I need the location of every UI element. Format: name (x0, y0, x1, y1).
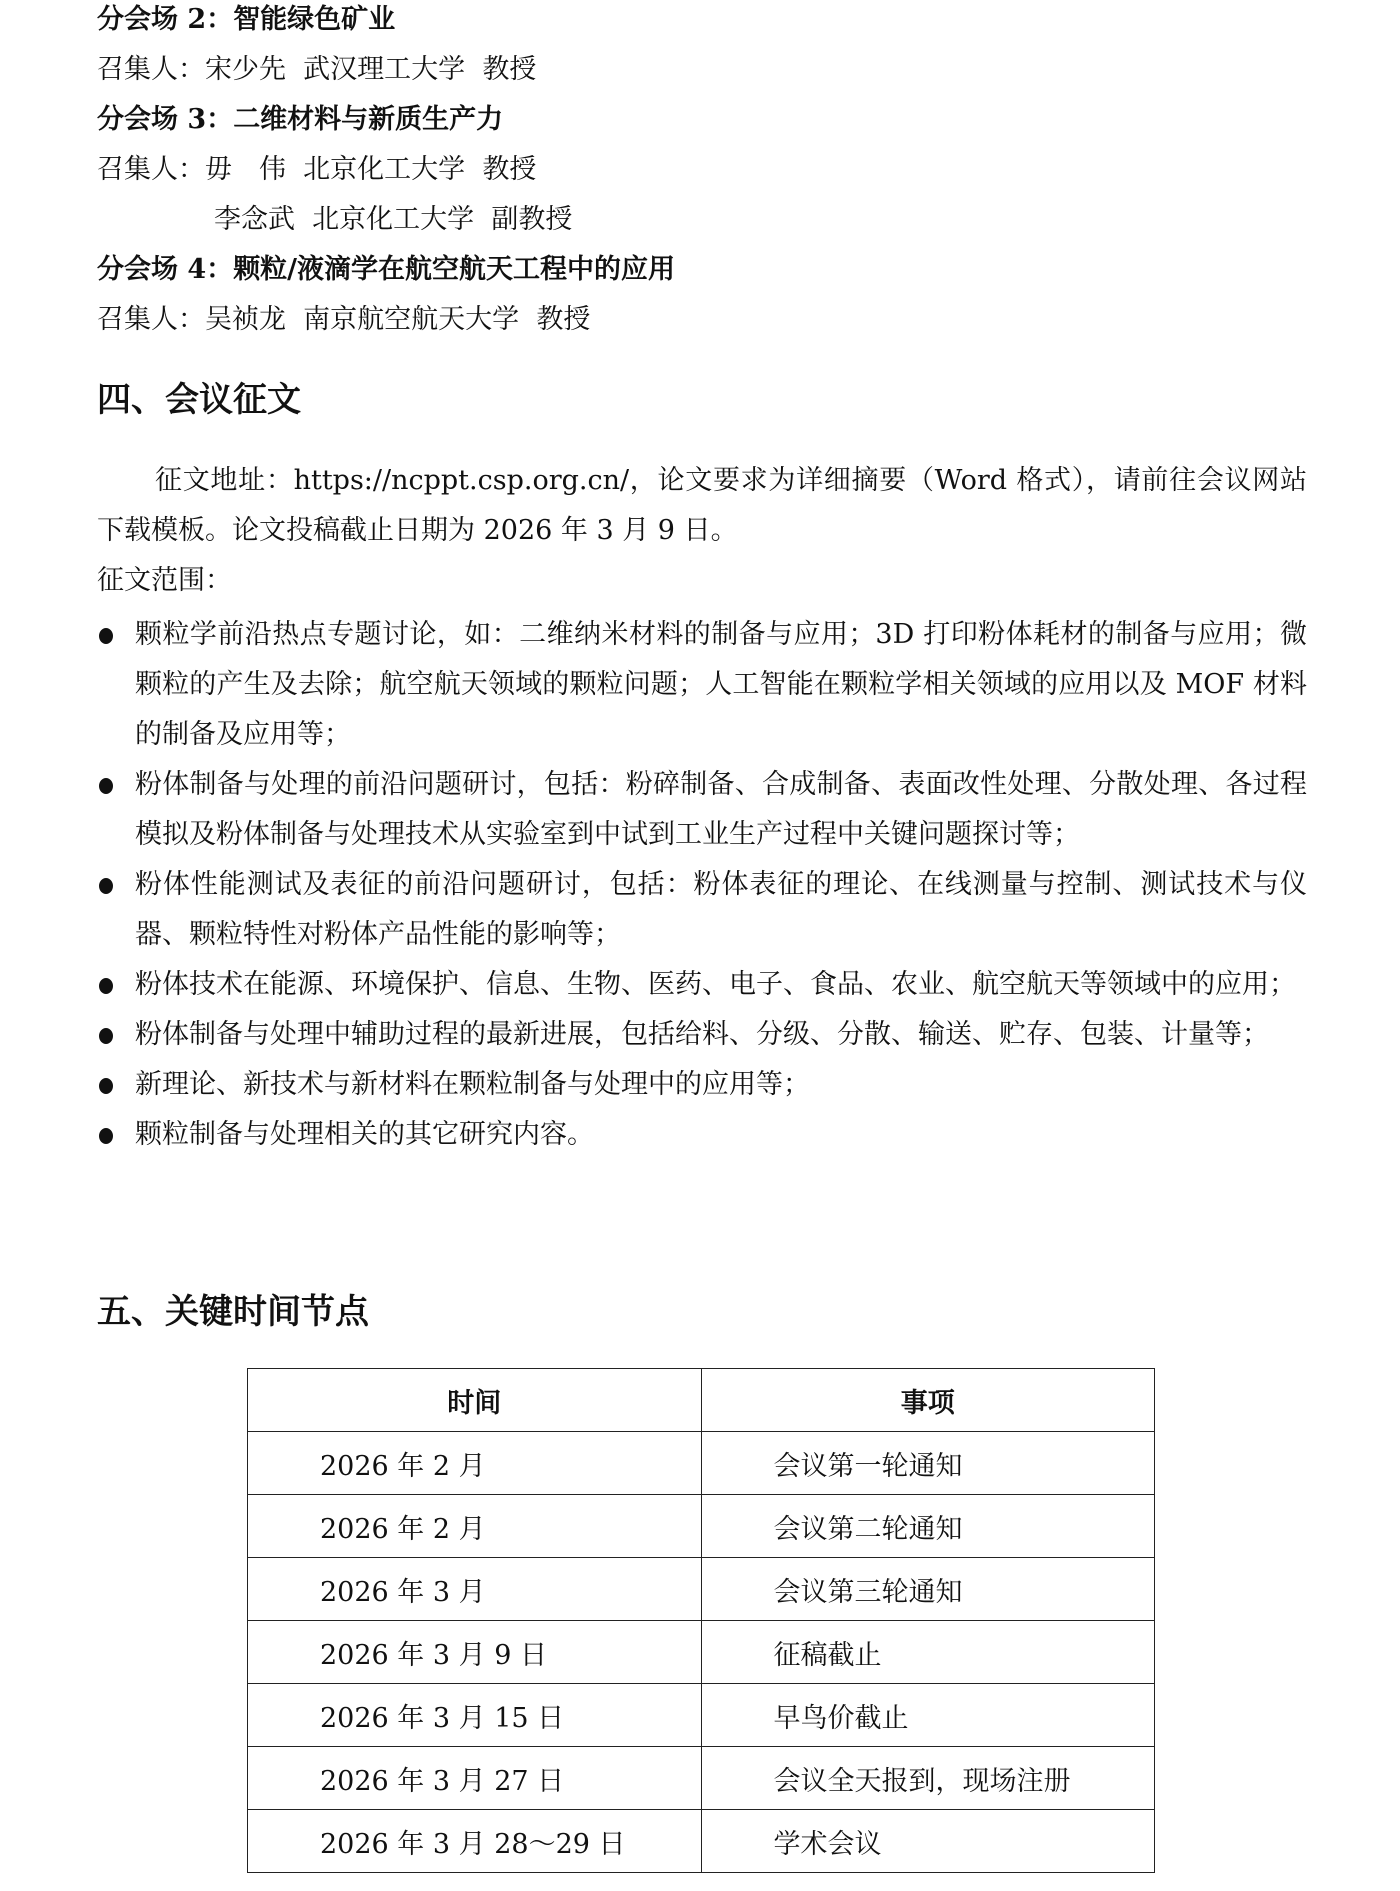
convener-label: 召集人： (97, 304, 205, 335)
session-label: 分会场 2： (97, 4, 233, 35)
topic-text: 粉体制备与处理的前沿问题研讨，包括：粉碎制备、合成制备、表面改性处理、分散处理、… (135, 769, 1307, 850)
list-item: 新理论、新技术与新材料在颗粒制备与处理中的应用等； (97, 1060, 1307, 1110)
section-heading-call-for-papers: 四、会议征文 (97, 378, 301, 422)
session-name: 智能绿色矿业 (233, 4, 395, 35)
convener-name: 李念武 北京化工大学 副教授 (214, 204, 572, 235)
topic-text: 颗粒学前沿热点专题讨论，如：二维纳米材料的制备与应用；3D 打印粉体耗材的制备与… (135, 619, 1307, 750)
cell-item: 早鸟价截止 (701, 1684, 1155, 1747)
table-row: 2026 年 3 月 9 日 征稿截止 (248, 1621, 1155, 1684)
bullet-icon (99, 878, 113, 894)
convener-name: 毋 伟 北京化工大学 教授 (205, 154, 536, 185)
convener-label: 召集人： (97, 154, 205, 185)
topic-text: 新理论、新技术与新材料在颗粒制备与处理中的应用等； (135, 1069, 810, 1100)
list-item: 颗粒学前沿热点专题讨论，如：二维纳米材料的制备与应用；3D 打印粉体耗材的制备与… (97, 610, 1307, 760)
convener-label: 召集人： (97, 54, 205, 85)
topic-text: 粉体技术在能源、环境保护、信息、生物、医药、电子、食品、农业、航空航天等领域中的… (135, 969, 1296, 1000)
session-3-title: 分会场 3：二维材料与新质生产力 (97, 100, 503, 140)
cell-time: 2026 年 3 月 28～29 日 (248, 1810, 702, 1873)
list-item: 粉体性能测试及表征的前沿问题研讨，包括：粉体表征的理论、在线测量与控制、测试技术… (97, 860, 1307, 960)
column-header-item: 事项 (701, 1369, 1155, 1432)
cell-item: 会议第一轮通知 (701, 1432, 1155, 1495)
cell-time: 2026 年 3 月 27 日 (248, 1747, 702, 1810)
session-label: 分会场 4： (97, 254, 233, 285)
session-3-convener: 召集人：毋 伟 北京化工大学 教授 (97, 150, 536, 190)
topic-list: 颗粒学前沿热点专题讨论，如：二维纳米材料的制备与应用；3D 打印粉体耗材的制备与… (97, 610, 1307, 1160)
table-row: 2026 年 3 月 28～29 日 学术会议 (248, 1810, 1155, 1873)
convener-name: 宋少先 武汉理工大学 教授 (205, 54, 536, 85)
convener-name: 吴祯龙 南京航空航天大学 教授 (205, 304, 590, 335)
table-row: 2026 年 3 月 15 日 早鸟价截止 (248, 1684, 1155, 1747)
cell-time: 2026 年 3 月 15 日 (248, 1684, 702, 1747)
session-name: 颗粒/液滴学在航空航天工程中的应用 (233, 254, 675, 285)
list-item: 颗粒制备与处理相关的其它研究内容。 (97, 1110, 1307, 1160)
table-header-row: 时间 事项 (248, 1369, 1155, 1432)
session-4-convener: 召集人：吴祯龙 南京航空航天大学 教授 (97, 300, 590, 340)
cell-time: 2026 年 3 月 (248, 1558, 702, 1621)
table-row: 2026 年 2 月 会议第二轮通知 (248, 1495, 1155, 1558)
list-item: 粉体制备与处理中辅助过程的最新进展，包括给料、分级、分散、输送、贮存、包装、计量… (97, 1010, 1307, 1060)
bullet-icon (99, 1078, 113, 1094)
topic-text: 粉体性能测试及表征的前沿问题研讨，包括：粉体表征的理论、在线测量与控制、测试技术… (135, 869, 1307, 950)
cell-item: 学术会议 (701, 1810, 1155, 1873)
cell-time: 2026 年 3 月 9 日 (248, 1621, 702, 1684)
cell-time: 2026 年 2 月 (248, 1432, 702, 1495)
bullet-icon (99, 1128, 113, 1144)
table-row: 2026 年 3 月 会议第三轮通知 (248, 1558, 1155, 1621)
topic-text: 颗粒制备与处理相关的其它研究内容。 (135, 1119, 594, 1150)
session-2-title: 分会场 2：智能绿色矿业 (97, 0, 395, 40)
section-heading-timeline: 五、关键时间节点 (97, 1290, 369, 1334)
session-label: 分会场 3： (97, 104, 233, 135)
list-item: 粉体制备与处理的前沿问题研讨，包括：粉碎制备、合成制备、表面改性处理、分散处理、… (97, 760, 1307, 860)
list-item: 粉体技术在能源、环境保护、信息、生物、医药、电子、食品、农业、航空航天等领域中的… (97, 960, 1307, 1010)
session-4-title: 分会场 4：颗粒/液滴学在航空航天工程中的应用 (97, 250, 675, 290)
session-3-convener-2: 李念武 北京化工大学 副教授 (214, 200, 572, 240)
bullet-icon (99, 628, 113, 644)
cell-item: 征稿截止 (701, 1621, 1155, 1684)
column-header-time: 时间 (248, 1369, 702, 1432)
topic-text: 粉体制备与处理中辅助过程的最新进展，包括给料、分级、分散、输送、贮存、包装、计量… (135, 1019, 1269, 1050)
call-for-papers-intro: 征文地址：https://ncppt.csp.org.cn/，论文要求为详细摘要… (97, 456, 1307, 556)
bullet-icon (99, 1028, 113, 1044)
table-row: 2026 年 3 月 27 日 会议全天报到，现场注册 (248, 1747, 1155, 1810)
session-2-convener: 召集人：宋少先 武汉理工大学 教授 (97, 50, 536, 90)
timeline-table: 时间 事项 2026 年 2 月 会议第一轮通知 2026 年 2 月 会议第二… (247, 1368, 1155, 1873)
cell-time: 2026 年 2 月 (248, 1495, 702, 1558)
cell-item: 会议全天报到，现场注册 (701, 1747, 1155, 1810)
cell-item: 会议第三轮通知 (701, 1558, 1155, 1621)
session-name: 二维材料与新质生产力 (233, 104, 503, 135)
bullet-icon (99, 978, 113, 994)
table-row: 2026 年 2 月 会议第一轮通知 (248, 1432, 1155, 1495)
bullet-icon (99, 778, 113, 794)
scope-label: 征文范围： (97, 556, 1307, 606)
cell-item: 会议第二轮通知 (701, 1495, 1155, 1558)
